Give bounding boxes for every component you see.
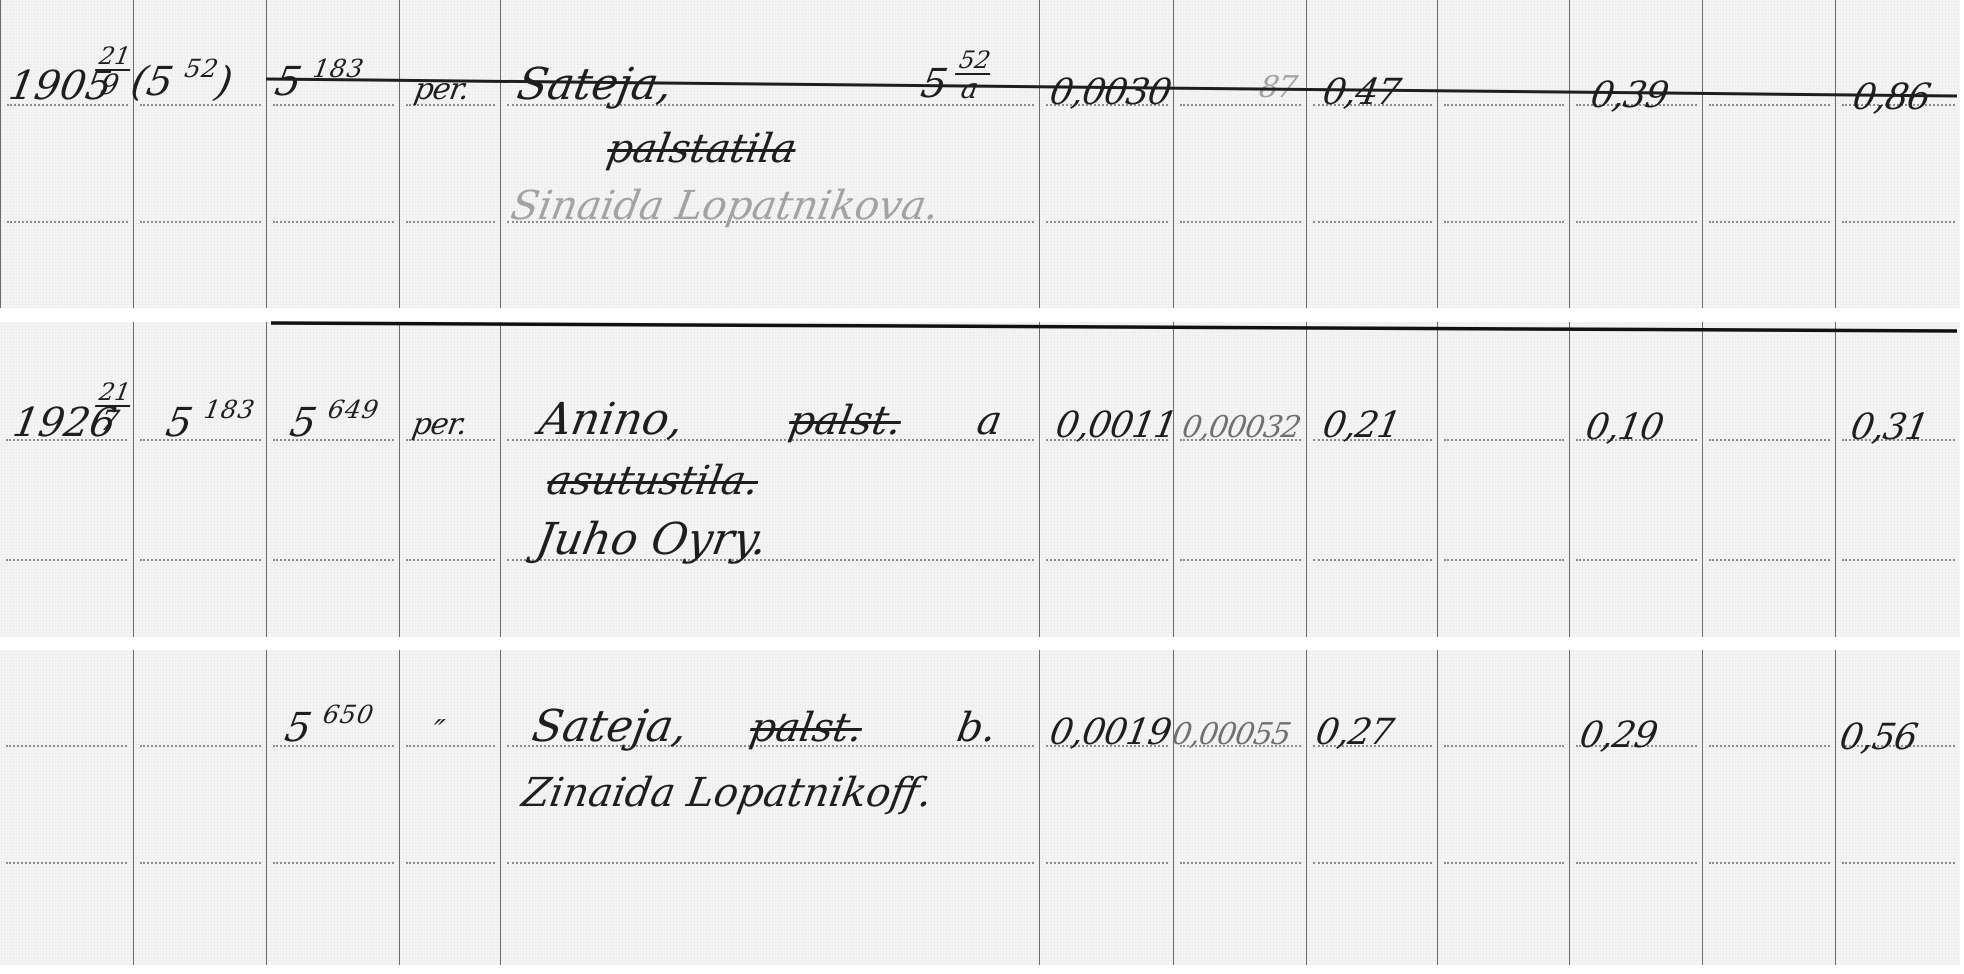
value-c: 0,29: [1577, 718, 1660, 754]
dotted-rule: [1046, 559, 1168, 561]
column-area-note: [1173, 650, 1307, 965]
entry-type: per.: [412, 75, 471, 105]
ref-sup: 183: [202, 395, 258, 424]
column-area-note: [1173, 0, 1307, 308]
ref-from: 5183: [163, 403, 256, 443]
column-total: [1835, 650, 1961, 965]
dotted-rule: [140, 559, 261, 561]
column-ref-from: [133, 0, 267, 308]
dotted-rule: [1842, 221, 1955, 223]
column-type: [399, 650, 501, 965]
date-day: 21: [95, 44, 134, 71]
estate-name: Sateja,: [529, 705, 691, 749]
ref-sup: 52: [182, 54, 221, 83]
column-value-a: [1306, 0, 1438, 308]
dotted-rule: [1576, 559, 1697, 561]
owner-name: Juho Oyry.: [533, 518, 771, 562]
dotted-rule: [1444, 559, 1564, 561]
parcel-sup: 650: [321, 700, 377, 729]
value-a: 0,21: [1320, 408, 1403, 444]
area-value: 0,0011: [1053, 408, 1179, 444]
dotted-rule: [406, 221, 495, 223]
owner-name: Sinaida Lopatnikova.: [508, 186, 942, 226]
dotted-rule: [140, 862, 261, 864]
area-note: 87: [1257, 73, 1298, 103]
dotted-rule: [1046, 221, 1168, 223]
dotted-rule: [1313, 862, 1432, 864]
column-parcel: [266, 322, 400, 637]
dotted-rule: [1709, 745, 1830, 747]
column-parcel: [266, 0, 400, 308]
column-area-note: [1173, 322, 1307, 637]
dotted-rule: [1576, 862, 1697, 864]
column-value-b: [1437, 650, 1570, 965]
dotted-rule: [1842, 559, 1955, 561]
column-total: [1835, 322, 1961, 637]
dotted-rule: [406, 745, 495, 747]
dotted-rule: [1046, 862, 1168, 864]
column-value-c: [1569, 322, 1703, 637]
dotted-rule: [1313, 221, 1432, 223]
estate-ref-sub: a: [959, 75, 981, 103]
column-area: [1039, 0, 1174, 308]
dotted-rule: [6, 559, 127, 561]
dotted-rule: [273, 221, 394, 223]
column-area: [1039, 322, 1174, 637]
dotted-rule: [1180, 559, 1301, 561]
column-total: [1835, 0, 1961, 308]
dotted-rule: [507, 862, 1034, 864]
total-value: 0,86: [1850, 80, 1933, 116]
dotted-rule: [1180, 221, 1301, 223]
date-day: 21: [95, 380, 134, 407]
dotted-rule: [1709, 104, 1830, 106]
struck-inline: palst.: [786, 401, 905, 441]
dotted-rule: [6, 745, 127, 747]
dotted-rule: [406, 559, 495, 561]
total-value: 0,31: [1848, 410, 1931, 446]
column-date: [0, 322, 133, 637]
date-month: 9: [98, 71, 121, 99]
column-area: [1039, 650, 1174, 965]
dotted-rule: [1444, 862, 1564, 864]
estate-ref-sup: 52: [955, 48, 994, 75]
column-date: [0, 650, 133, 965]
column-ref-from: [133, 650, 267, 965]
parcel-number: 5183: [272, 62, 365, 102]
date-month: 7: [98, 407, 121, 435]
column-value-d: [1702, 650, 1836, 965]
dotted-rule: [273, 559, 394, 561]
dotted-rule: [1444, 221, 1564, 223]
dotted-rule: [1576, 221, 1697, 223]
area-note: 0,00055: [1170, 720, 1292, 750]
column-value-b: [1437, 0, 1570, 308]
dotted-rule: [1709, 862, 1830, 864]
value-a: 0,27: [1313, 715, 1396, 751]
area-value: 0,0030: [1047, 75, 1173, 111]
dotted-rule: [1709, 221, 1830, 223]
struck-line: palstatila: [604, 129, 799, 169]
column-value-d: [1702, 322, 1836, 637]
dotted-rule: [406, 862, 495, 864]
value-a: 0,47: [1320, 75, 1403, 111]
dotted-rule: [1842, 862, 1955, 864]
column-type: [399, 322, 501, 637]
parcel-sup: 649: [326, 395, 382, 424]
parcel-number: 5649: [287, 403, 380, 443]
dotted-rule: [273, 862, 394, 864]
column-ref-from: [133, 322, 267, 637]
column-type: [399, 0, 501, 308]
ref-from: (552): [128, 62, 236, 102]
dotted-rule: [1180, 862, 1301, 864]
total-value: 0,56: [1837, 720, 1920, 756]
estate-suffix: b.: [954, 708, 999, 748]
column-value-a: [1306, 650, 1438, 965]
ledger-entry-5650: 5650 ″ Sateja, palst. b. Zinaida Lopatni…: [0, 650, 1960, 965]
dotted-rule: [1313, 559, 1432, 561]
column-value-d: [1702, 0, 1836, 308]
column-value-b: [1437, 322, 1570, 637]
dotted-rule: [1709, 439, 1830, 441]
area-note: 0,00032: [1180, 413, 1302, 443]
column-value-c: [1569, 650, 1703, 965]
column-parcel: [266, 650, 400, 965]
entry-type: per.: [410, 410, 469, 440]
dotted-rule: [7, 221, 128, 223]
estate-name: Sateja,: [514, 63, 676, 107]
parcel-number: 5650: [282, 708, 375, 748]
column-value-a: [1306, 322, 1438, 637]
struck-line: asutustila.: [544, 461, 762, 501]
dotted-rule: [140, 745, 261, 747]
dotted-rule: [1444, 745, 1564, 747]
dotted-rule: [140, 221, 261, 223]
struck-inline: palst.: [747, 708, 866, 748]
column-value-c: [1569, 0, 1703, 308]
ledger-entry-1905: 1905 21 9 (552) 5183 per. Sateja, 5 52 a…: [0, 0, 1960, 308]
owner-name: Zinaida Lopatnikoff.: [519, 773, 935, 813]
dotted-rule: [1444, 104, 1564, 106]
dotted-rule: [1444, 439, 1564, 441]
ledger-entry-1926: 1926 21 7 5183 5649 per. Anino, palst. a…: [0, 322, 1960, 637]
value-c: 0,39: [1588, 78, 1671, 114]
estate-name: Anino,: [536, 398, 687, 442]
area-value: 0,0019: [1047, 715, 1173, 751]
dotted-rule: [6, 862, 127, 864]
parcel-sup: 183: [311, 54, 367, 83]
value-c: 0,10: [1583, 410, 1666, 446]
dotted-rule: [1709, 559, 1830, 561]
